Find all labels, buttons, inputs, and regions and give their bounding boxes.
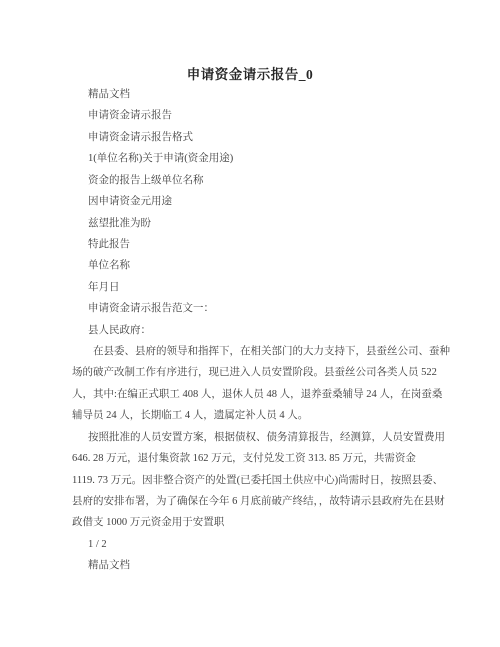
doc-line: 1119. 73 万元。因非整合资产的处置(已委托国土供应中心)尚需时日，按照县… (0, 470, 500, 491)
document-title: 申请资金请示报告_0 (0, 64, 500, 86)
page-number: 1 / 2 (0, 534, 500, 555)
doc-line: 特此报告 (0, 234, 500, 255)
doc-line: 在县委、县府的领导和指挥下，在相关部门的大力支持下，县蚕丝公司、蚕种 (0, 341, 500, 362)
doc-line: 年月日 (0, 277, 500, 298)
doc-line: 因申请资金元用途 (0, 191, 500, 212)
doc-line: 申请资金请示报告格式 (0, 127, 500, 148)
doc-line: 精品文档 (0, 84, 500, 105)
doc-line: 申请资金请示报告范文一： (0, 298, 500, 319)
doc-line: 县人民政府： (0, 320, 500, 341)
doc-line: 辅导员 24 人，长期临工 4 人，遗属定补人员 4 人。 (0, 405, 500, 426)
doc-line: 资金的报告上级单位名称 (0, 170, 500, 191)
doc-line: 按照批准的人员安置方案，根据债权、债务清算报告，经测算，人员安置费用 (0, 427, 500, 448)
doc-line: 单位名称 (0, 255, 500, 276)
doc-line: 1(单位名称)关于申请(资金用途) (0, 148, 500, 169)
doc-line: 政借支 1000 万元资金用于安置职 (0, 512, 500, 533)
doc-line: 646. 28 万元，退付集资款 162 万元，支付兑发工资 313. 85 万… (0, 448, 500, 469)
doc-line: 人，其中:在编正式职工 408 人，退休人员 48 人，退养蚕桑辅导 24 人，… (0, 384, 500, 405)
doc-line: 兹望批准为盼 (0, 213, 500, 234)
document-body: 精品文档 申请资金请示报告 申请资金请示报告格式 1(单位名称)关于申请(资金用… (0, 84, 500, 577)
doc-line: 精品文档 (0, 555, 500, 576)
doc-line: 县府的安排布署，为了确保在今年 6 月底前破产终结，，故特请示县政府先在县财 (0, 491, 500, 512)
doc-line: 场的破产改制工作有序进行，现已进入人员安置阶段。县蚕丝公司各类人员 522 (0, 362, 500, 383)
doc-line: 申请资金请示报告 (0, 105, 500, 126)
document-page: 申请资金请示报告_0 精品文档 申请资金请示报告 申请资金请示报告格式 1(单位… (0, 0, 500, 647)
